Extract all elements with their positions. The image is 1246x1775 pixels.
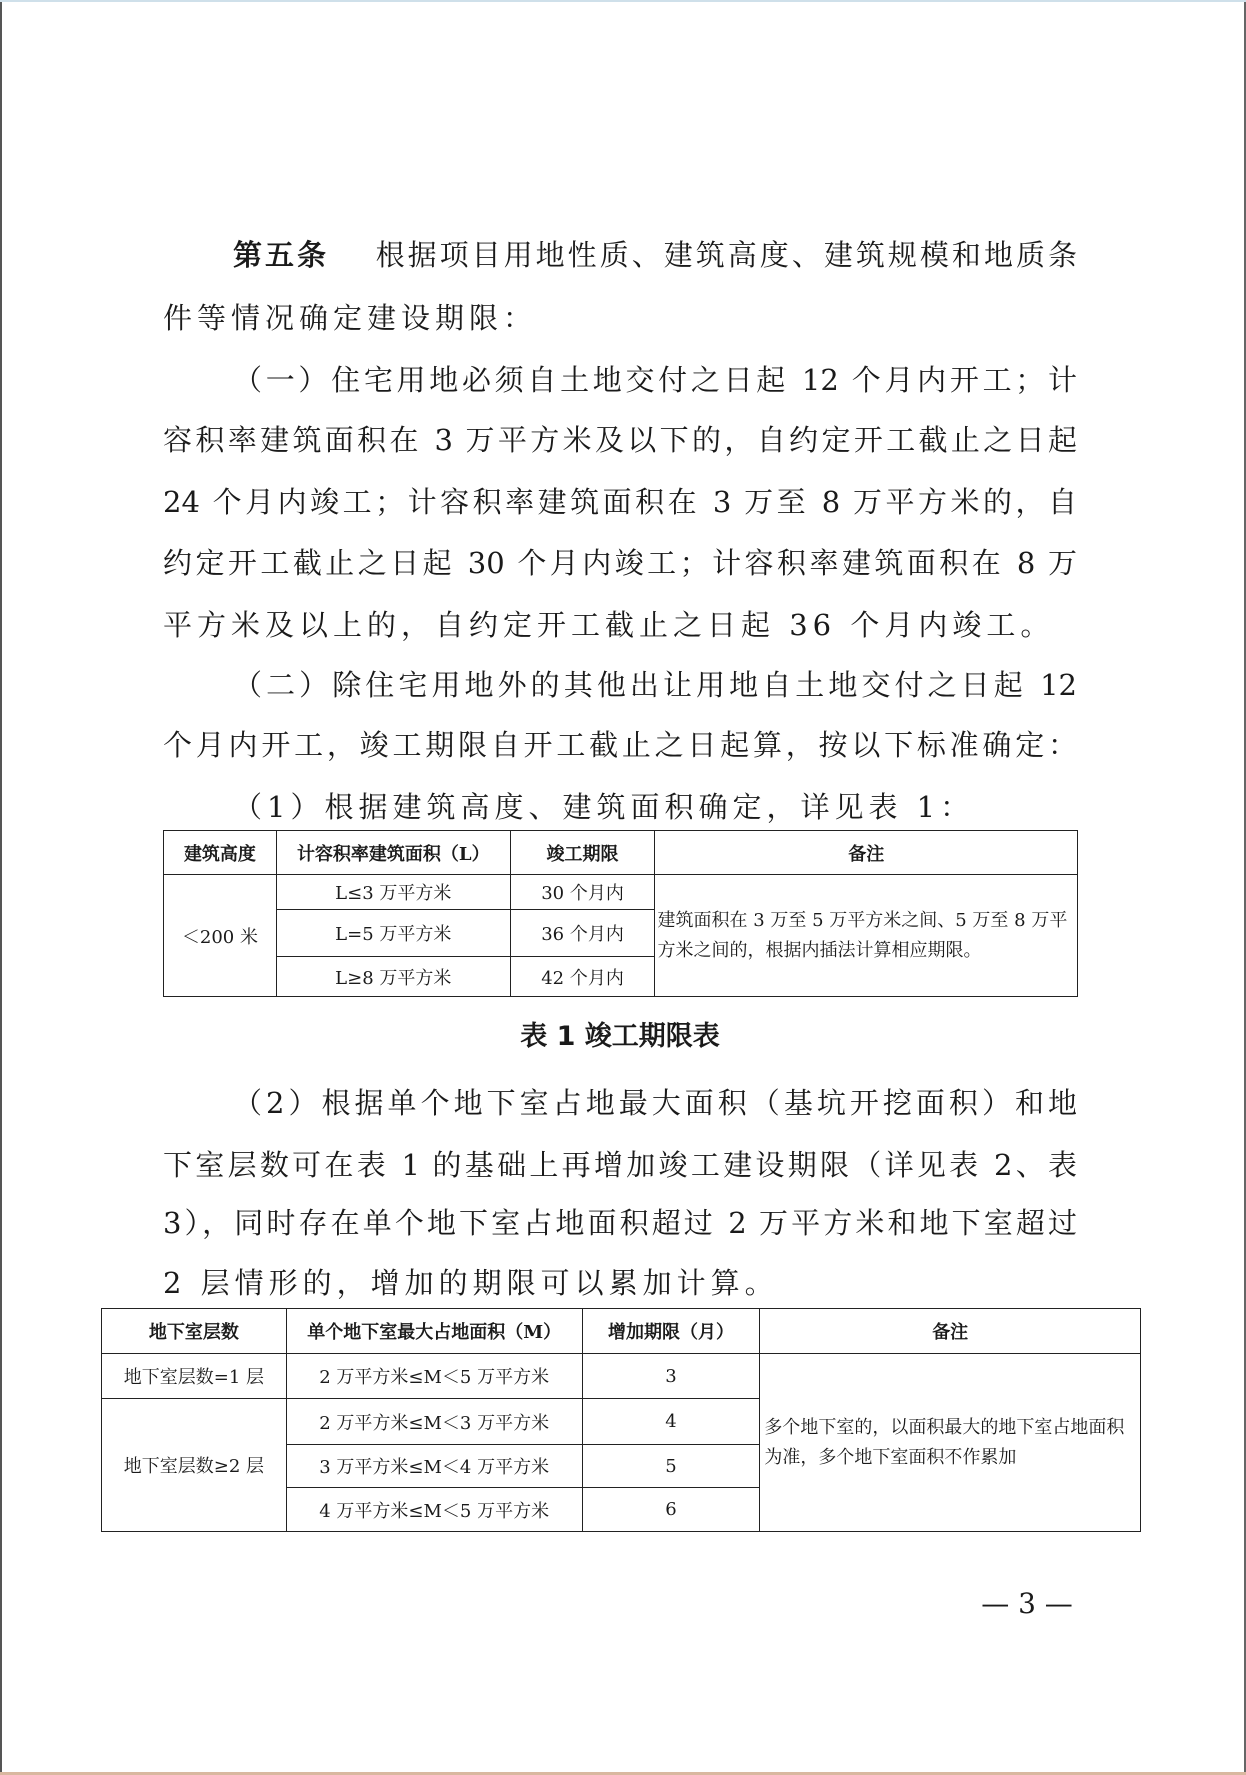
table-row: ＜200 米 L≤3 万平方米 30 个月内 建筑面积在 3 万至 5 万平方米…: [164, 875, 1078, 910]
period-cell: 42 个月内: [510, 957, 655, 997]
extra-period-cell: 5: [582, 1445, 760, 1488]
section-one-line: 24 个月内竣工；计容积率建筑面积在 3 万至 8 万平方米的，自: [163, 484, 1077, 520]
section-one-line: 容积率建筑面积在 3 万平方米及以下的，自约定开工截止之日起: [163, 422, 1077, 458]
item-one-line: （1）根据建筑高度、建筑面积确定，详见表 1：: [233, 789, 1077, 825]
area-cell: 3 万平方米≤M＜4 万平方米: [286, 1445, 582, 1488]
floors-cell: 地下室层数=1 层: [102, 1354, 287, 1399]
note-cell: 多个地下室的，以面积最大的地下室占地面积为准，多个地下室面积不作累加: [760, 1354, 1141, 1532]
item-two-line: （2）根据单个地下室占地最大面积（基坑开挖面积）和地: [233, 1085, 1077, 1121]
period-cell: 36 个月内: [510, 910, 655, 957]
article-first-line: 第五条 根据项目用地性质、建筑高度、建筑规模和地质条: [233, 237, 1077, 273]
article-text-line: 根据项目用地性质、建筑高度、建筑规模和地质条: [376, 238, 1077, 272]
area-cell: L=5 万平方米: [276, 910, 510, 957]
table-header-row: 地下室层数 单个地下室最大占地面积（M） 增加期限（月） 备注: [102, 1309, 1141, 1354]
table-header-cell: 备注: [760, 1309, 1141, 1354]
article-heading: 第五条: [233, 238, 329, 272]
table-header-cell: 增加期限（月）: [582, 1309, 760, 1354]
section-two-line: 个月内开工，竣工期限自开工截止之日起算，按以下标准确定：: [163, 727, 1077, 763]
page-number: — 3 —: [975, 1588, 1079, 1620]
table-header-row: 建筑高度 计容积率建筑面积（L） 竣工期限 备注: [164, 831, 1078, 875]
area-cell: L≤3 万平方米: [276, 875, 510, 910]
area-cell: 4 万平方米≤M＜5 万平方米: [286, 1488, 582, 1532]
extra-period-cell: 4: [582, 1399, 760, 1445]
table-header-cell: 建筑高度: [164, 831, 277, 875]
table-header-cell: 单个地下室最大占地面积（M）: [286, 1309, 582, 1354]
article-text-line: 件等情况确定建设期限：: [163, 300, 1077, 336]
page-edge-left: [0, 0, 2, 1775]
note-cell: 建筑面积在 3 万至 5 万平方米之间、5 万至 8 万平方米之间的，根据内插法…: [655, 875, 1078, 997]
area-cell: 2 万平方米≤M＜5 万平方米: [286, 1354, 582, 1399]
table-header-cell: 地下室层数: [102, 1309, 287, 1354]
extra-period-cell: 3: [582, 1354, 760, 1399]
section-one-line: 平方米及以上的，自约定开工截止之日起 36 个月内竣工。: [163, 607, 1077, 643]
table-row: 地下室层数=1 层 2 万平方米≤M＜5 万平方米 3 多个地下室的，以面积最大…: [102, 1354, 1141, 1399]
period-cell: 30 个月内: [510, 875, 655, 910]
area-cell: 2 万平方米≤M＜3 万平方米: [286, 1399, 582, 1445]
extra-period-cell: 6: [582, 1488, 760, 1532]
completion-period-table: 建筑高度 计容积率建筑面积（L） 竣工期限 备注 ＜200 米 L≤3 万平方米…: [163, 830, 1078, 997]
table-header-cell: 备注: [655, 831, 1078, 875]
section-one-line: 约定开工截止之日起 30 个月内竣工；计容积率建筑面积在 8 万: [163, 545, 1077, 581]
item-two-line: 2 层情形的，增加的期限可以累加计算。: [163, 1265, 1077, 1301]
basement-extension-table: 地下室层数 单个地下室最大占地面积（M） 增加期限（月） 备注 地下室层数=1 …: [101, 1308, 1141, 1532]
page-edge-top: [0, 0, 1246, 2]
section-two-line: （二）除住宅用地外的其他出让用地自土地交付之日起 12: [233, 667, 1077, 703]
building-height-cell: ＜200 米: [164, 875, 277, 997]
item-two-line: 下室层数可在表 1 的基础上再增加竣工建设期限（详见表 2、表: [163, 1147, 1077, 1183]
floors-cell: 地下室层数≥2 层: [102, 1399, 287, 1532]
area-cell: L≥8 万平方米: [276, 957, 510, 997]
table-caption: 表 1 竣工期限表: [163, 1014, 1077, 1053]
section-one-line: （一）住宅用地必须自土地交付之日起 12 个月内开工；计: [233, 362, 1077, 398]
table-header-cell: 竣工期限: [510, 831, 655, 875]
table-header-cell: 计容积率建筑面积（L）: [276, 831, 510, 875]
item-two-line: 3），同时存在单个地下室占地面积超过 2 万平方米和地下室超过: [163, 1205, 1077, 1241]
